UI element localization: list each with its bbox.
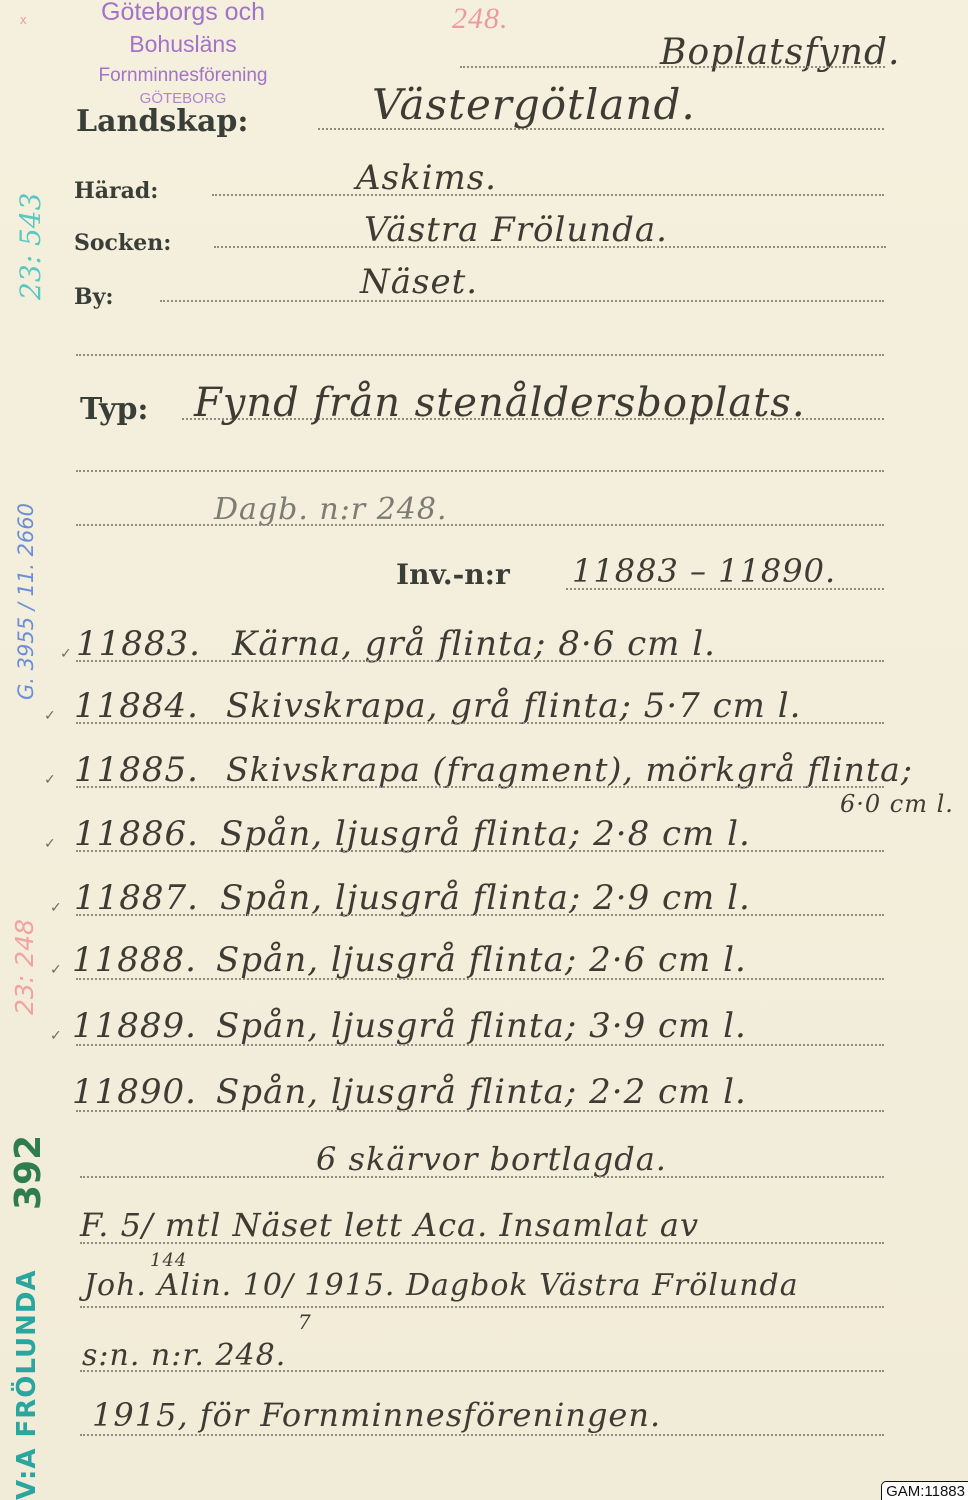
item-number: 11886. xyxy=(74,814,199,854)
inventory-label: Inv.-n:r xyxy=(396,558,510,591)
landskap-label: Landskap: xyxy=(76,104,249,139)
landskap-value: Västergötland. xyxy=(372,80,696,129)
notes-line-1: F. 5/ mtl Näset lett Aca. Insamlat av xyxy=(80,1206,699,1244)
stamp-line-1: Göteborgs och xyxy=(58,0,308,25)
catalog-card: x Göteborgs och Bohusläns Fornminnesföre… xyxy=(0,0,968,1500)
fraction-7: 7 xyxy=(298,1310,312,1334)
dagbok-number: Dagb. n:r 248. xyxy=(214,492,448,527)
item-number: 11890. xyxy=(72,1072,197,1112)
item-text: Spån, ljusgrå flinta; 3·9 cm l. xyxy=(216,1006,747,1046)
footer-id-label: GAM:11883 xyxy=(881,1481,968,1500)
item-number: 11887. xyxy=(74,878,199,918)
blank-line xyxy=(76,354,884,356)
item-continuation: 6·0 cm l. xyxy=(840,790,954,818)
item-line xyxy=(76,1044,884,1046)
item-text: Spån, ljusgrå flinta; 2·9 cm l. xyxy=(220,878,751,918)
check-mark: ✓ xyxy=(50,900,62,916)
item-number: 11889. xyxy=(72,1006,197,1046)
check-mark: ✓ xyxy=(44,708,56,724)
typ-label: Typ: xyxy=(80,392,149,427)
notes-line-1-dots xyxy=(80,1242,884,1244)
by-label: By: xyxy=(74,284,114,310)
notes-line-4-dots xyxy=(80,1434,884,1436)
notes-line-3: s:n. n:r. 248. xyxy=(82,1338,286,1373)
stamp-line-3: Fornminnesförening xyxy=(58,66,308,85)
check-mark: ✓ xyxy=(50,962,62,978)
item-number: 11883. xyxy=(76,624,201,664)
margin-teal-number: 23: 543 xyxy=(14,193,47,300)
notes-line-2: Joh. Alin. 10/ 1915. Dagbok Västra Frölu… xyxy=(84,1268,799,1303)
category-line xyxy=(460,66,885,68)
item-line xyxy=(76,660,884,662)
item-number: 11888. xyxy=(72,940,197,980)
by-value: Näset. xyxy=(360,262,478,302)
item-line xyxy=(76,914,884,916)
notes-line-4: 1915, för Fornminnesföreningen. xyxy=(92,1396,661,1434)
dagbok-line xyxy=(76,524,884,526)
harad-label: Härad: xyxy=(74,178,158,204)
item-text: Skivskrapa (fragment), mörkgrå flinta; xyxy=(226,750,913,789)
margin-red-number: 23: 248 xyxy=(10,919,39,1015)
check-mark: ✓ xyxy=(44,772,56,788)
margin-location-stamp: V:A FRÖLUNDA xyxy=(12,1269,42,1500)
socken-label: Socken: xyxy=(74,230,171,256)
item-line xyxy=(76,850,884,852)
item-line xyxy=(76,722,884,724)
item-text: Spån, ljusgrå flinta; 2·2 cm l. xyxy=(216,1072,747,1112)
notes-line-3-dots xyxy=(80,1370,884,1372)
institution-stamp: Göteborgs och Bohusläns Fornminnesföreni… xyxy=(58,0,308,106)
item-line xyxy=(76,1110,884,1112)
typ-value: Fynd från stenåldersboplats. xyxy=(194,380,806,426)
item-number: 11885. xyxy=(74,750,199,790)
item-text: Spån, ljusgrå flinta; 2·8 cm l. xyxy=(220,814,751,854)
item-line xyxy=(76,978,884,980)
harad-line xyxy=(212,194,884,196)
margin-green-number: 392 xyxy=(8,1135,49,1210)
notes-line-2-dots xyxy=(80,1306,884,1308)
item-number: 11884. xyxy=(74,686,199,726)
typ-line-2 xyxy=(76,470,884,472)
item-text: Skivskrapa, grå flinta; 5·7 cm l. xyxy=(226,686,801,726)
item-text: Spån, ljusgrå flinta; 2·6 cm l. xyxy=(216,940,747,980)
inventory-range: 11883 – 11890. xyxy=(572,552,836,590)
check-mark: ✓ xyxy=(60,646,72,662)
margin-blue-number: G. 3955 / 11. 2660 xyxy=(14,503,38,700)
stamp-line-2: Bohusläns xyxy=(58,33,308,56)
top-red-number: 248. xyxy=(452,2,509,36)
corner-mark: x xyxy=(20,12,27,27)
check-mark: ✓ xyxy=(44,836,56,852)
socken-value: Västra Frölunda. xyxy=(364,210,668,250)
harad-value: Askims. xyxy=(356,158,497,198)
item-text: Kärna, grå flinta; 8·6 cm l. xyxy=(232,624,716,664)
removed-line xyxy=(80,1176,884,1178)
inventory-line xyxy=(566,588,884,590)
check-mark: ✓ xyxy=(50,1028,62,1044)
removed-note: 6 skärvor bortlagda. xyxy=(316,1140,667,1178)
item-line xyxy=(76,786,884,788)
by-line xyxy=(160,300,884,302)
